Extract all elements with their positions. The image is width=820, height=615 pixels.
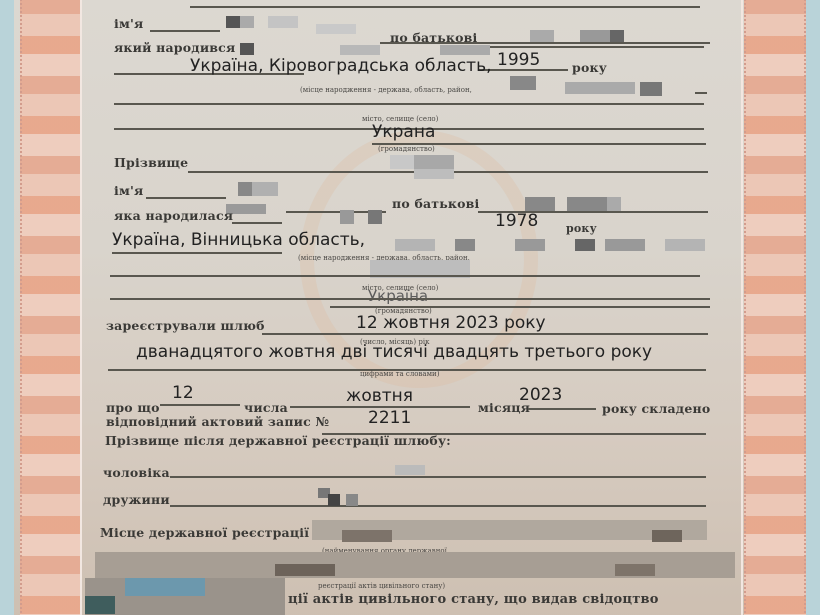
redacted-registry-office-2 (95, 552, 735, 580)
border-rule-right (741, 0, 743, 615)
issuer-text: ції актів цивільного стану, що видав сві… (288, 592, 659, 607)
day-label: числа (244, 400, 288, 415)
year-line (528, 408, 596, 410)
bride-city-line-2 (110, 298, 710, 300)
groom-city-line-1 (114, 103, 704, 105)
ornamental-border-right (744, 0, 806, 615)
place-caption-2: реєстрації актів цивільного стану) (318, 582, 445, 590)
bride-born-label: яка народилася (114, 208, 233, 223)
redacted-bride-district (395, 239, 715, 253)
groom-citizenship-caption: (громадянство) (378, 145, 435, 153)
ornamental-border-left (20, 0, 82, 615)
bride-name-line (146, 197, 226, 199)
border-rule-left (80, 0, 82, 615)
about-label: про що (106, 400, 160, 415)
bride-patronymic-label: по батькові (392, 196, 480, 211)
redacted-bride-birthdate (340, 210, 390, 226)
redacted-bride-city (370, 258, 480, 282)
registered-label: зареєстрували шлюб (106, 318, 265, 333)
groom-citizenship: Украна (372, 122, 435, 142)
bride-birthplace-line (112, 252, 282, 254)
redacted-groom-birthdate (240, 43, 500, 57)
groom-birth-year-line (478, 69, 568, 71)
redacted-bride-surname (390, 155, 480, 181)
bride-city-line-1 (110, 275, 700, 277)
wife-surname-line (170, 505, 706, 507)
redacted-groom-name (226, 16, 386, 38)
groom-birthplace-end (695, 92, 707, 94)
groom-name-label: ім'я (114, 16, 143, 31)
bride-citizenship-line (330, 306, 710, 308)
bride-birth-year: 1978 (495, 211, 538, 231)
redacted-registry-office-1 (312, 520, 707, 546)
groom-surname-line (190, 6, 700, 8)
redacted-bride-name (226, 180, 286, 216)
groom-year-suffix: року (572, 60, 607, 75)
redacted-issuer (85, 578, 285, 615)
bride-citizenship: Україна (368, 287, 428, 305)
groom-patronymic-line (474, 46, 704, 48)
bride-birthplace: Україна, Вінницька область, (112, 230, 365, 250)
registration-month: жовтня (346, 386, 413, 406)
wife-label: дружини (103, 492, 170, 507)
groom-birthplace: Україна, Кіровоградська область, (190, 56, 492, 76)
bride-year-suffix: року (566, 222, 597, 235)
registration-date-words: дванадцятого жовтня дві тисячі двадцять … (136, 342, 652, 362)
year-composed-label: року складено (602, 401, 710, 416)
registration-year: 2023 (519, 385, 562, 405)
registration-words-caption: цифрами та словами) (360, 370, 439, 378)
record-label: відповідний актовий запис № (106, 414, 329, 429)
groom-birth-year: 1995 (497, 50, 540, 70)
surnames-after-heading: Прізвище після державної реєстрації шлюб… (105, 433, 451, 448)
redacted-groom-district (510, 76, 690, 98)
redacted-bride-patronymic (525, 197, 635, 213)
groom-birthplace-caption: (місце народження - держава, область, ра… (300, 86, 472, 94)
bride-name-label: ім'я (114, 183, 143, 198)
redacted-wife-surname (318, 488, 378, 508)
record-number: 2211 (368, 408, 411, 428)
registration-date-digits: 12 жовтня 2023 року (356, 313, 546, 333)
husband-label: чоловіка (103, 465, 170, 480)
registration-day: 12 (172, 383, 194, 403)
redacted-husband-surname (395, 465, 431, 477)
place-label: Місце державної реєстрації (100, 525, 309, 540)
husband-surname-line (170, 476, 706, 478)
bride-born-line (232, 222, 282, 224)
registration-date-line (262, 333, 708, 335)
day-line (160, 404, 240, 406)
groom-name-line (150, 30, 220, 32)
redacted-groom-patronymic (530, 30, 630, 44)
bride-surname-label: Прізвище (114, 155, 188, 170)
groom-born-label: який народився (114, 40, 235, 55)
